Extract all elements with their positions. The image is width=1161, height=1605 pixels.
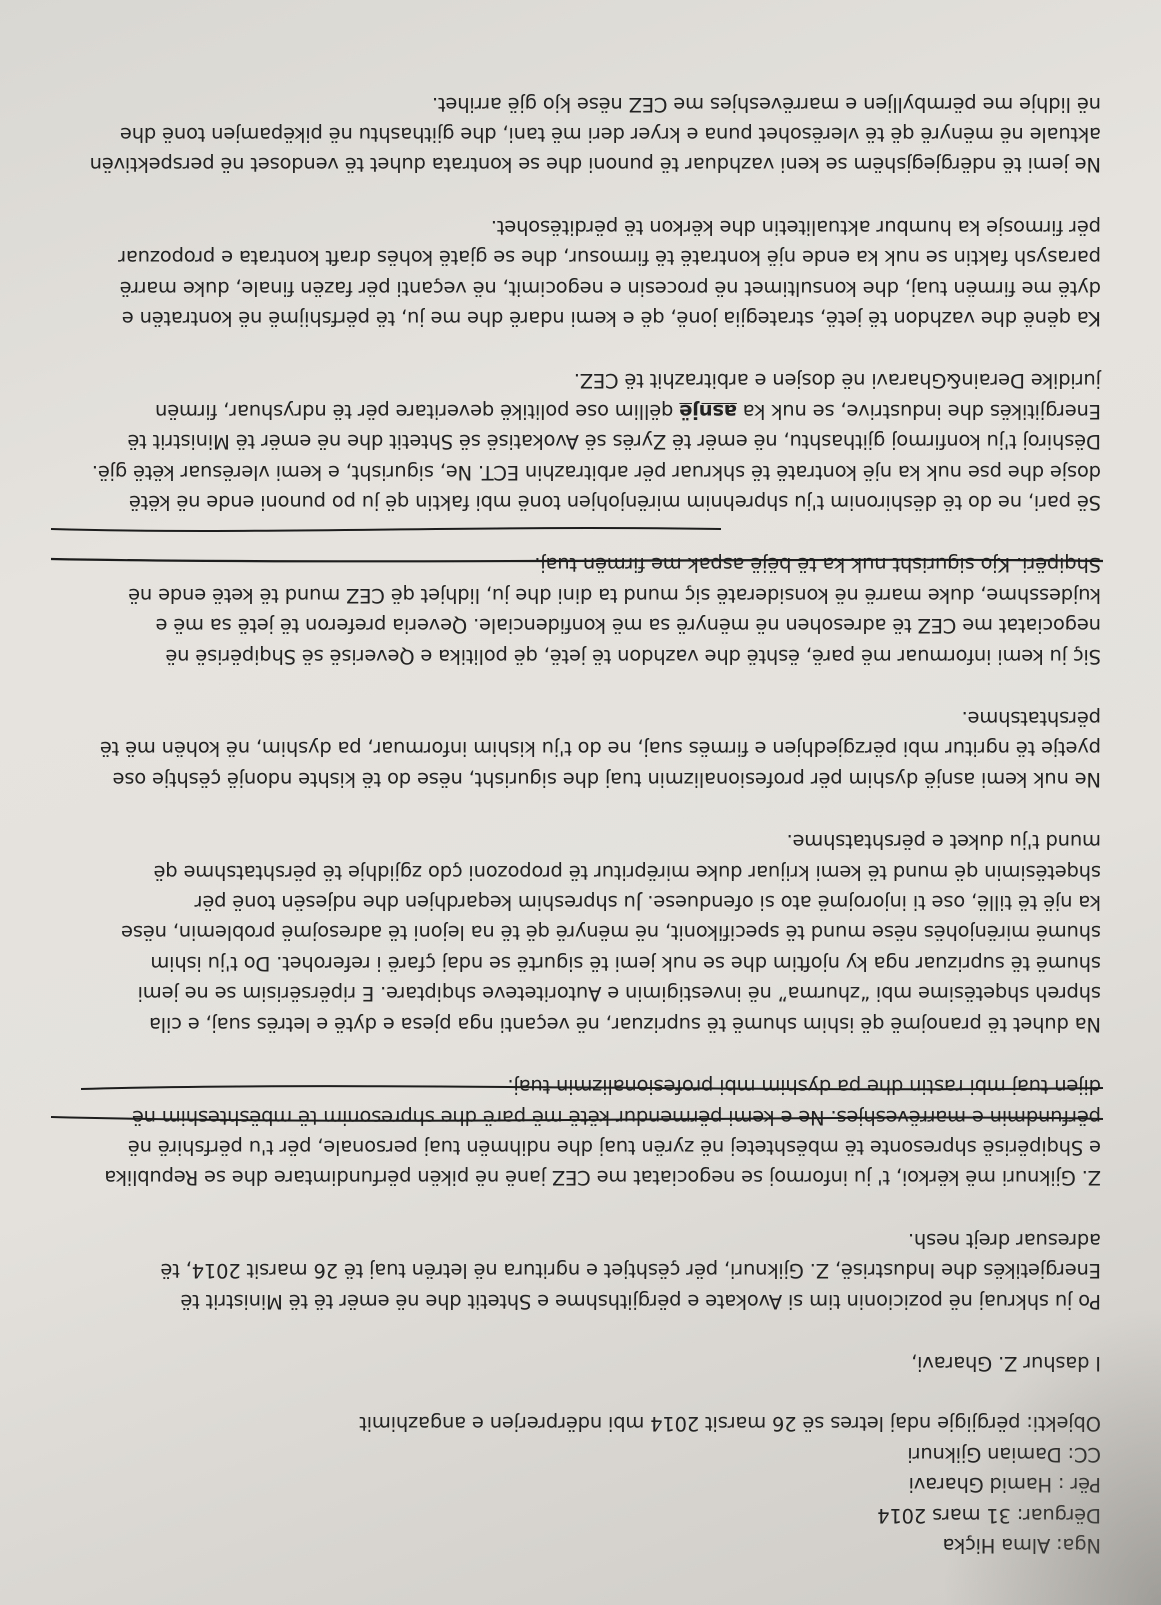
paragraph: Ne jemi të ndërgjegjshëm se keni vazhdua… (51, 88, 1101, 179)
text-line: Siç ju kemi informuar më parë, është dhe… (51, 640, 1101, 670)
text-line: Z. Gjiknuri më kërkoi, t' ju informoj se… (51, 1162, 1101, 1192)
text-line: mund t'ju duket e përshtatshme. (51, 826, 1101, 856)
text-line: Ne nuk kemi asnjë dyshim për profesional… (51, 763, 1101, 793)
text-line: shpreh shqetësime mbi “zhurma” në invest… (51, 978, 1101, 1008)
text-line: dytë me firmën tuaj, dhe konsultimet në … (51, 272, 1101, 302)
paragraph: Siç ju kemi informuar më parë, është dhe… (51, 549, 1101, 671)
emphasized-word: asnjë (679, 400, 737, 423)
letter-paragraphs: Po ju shkruaj në pozicionin tim si Avoka… (51, 88, 1101, 1315)
paragraph: Ne nuk kemi asnjë dyshim për profesional… (51, 703, 1101, 794)
text-line: Dëshiroj t'ju konfirmoj gjithashtu, në e… (51, 426, 1101, 456)
text-line: e Shqipërisë shpresonte të mbështetej në… (51, 1132, 1101, 1162)
text-line: përshtatshme. (51, 703, 1101, 733)
text-line: shqetësimin që mund të kemi krijuar duke… (51, 856, 1101, 886)
text-line: për firmosje ka humbur aktualitetin dhe … (51, 211, 1101, 241)
text-line: Së pari, ne do të dëshironim t'ju shpreh… (51, 487, 1101, 517)
text-line: kujdesshme, duke marrë në konsideratë si… (51, 579, 1101, 609)
text-line: dosje dhe pse nuk ka një kontratë të shk… (51, 456, 1101, 486)
text-line: aktuale në mënyrë që të vlerësohet puna … (51, 119, 1101, 149)
text-line: Energjetikës dhe Industrisë, Z. Gjiknuri… (51, 1255, 1101, 1285)
text-line: Ne jemi të ndërgjegjshëm se keni vazhdua… (51, 149, 1101, 179)
text-line: pyetje të ngritur mbi përzgjedhjen e fir… (51, 733, 1101, 763)
text-line: shumë të suprizuar nga ky njoftim dhe se… (51, 948, 1101, 978)
text-line: Shqipëri. Kjo sigurisht nuk ka të bëjë a… (51, 549, 1101, 579)
text-line: adresuar drejt nesh. (51, 1224, 1101, 1254)
text-line: parasysh faktin se nuk ka ende një kontr… (51, 242, 1101, 272)
text-line: në lidhje me përmbylljen e marrëveshjes … (51, 88, 1101, 118)
text-line: përfundmin e marrëveshjes. Ne e kemi për… (51, 1101, 1101, 1131)
text-line: dijen tuaj mbi rastin dhe pa dyshim mbi … (51, 1071, 1101, 1101)
paragraph: Po ju shkruaj në pozicionin tim si Avoka… (51, 1224, 1101, 1315)
text-line: Ka qënë dhe vazhdon të jetë, strategjia … (51, 303, 1101, 333)
paragraph: Z. Gjiknuri më kërkoi, t' ju informoj se… (51, 1071, 1101, 1193)
paragraph: Ka qënë dhe vazhdon të jetë, strategjia … (51, 211, 1101, 333)
text-line: Na duhet të pranojmë që ishim shumë të s… (51, 1008, 1101, 1038)
text-line: Energjitikës dhe industrive, se nuk ka a… (51, 395, 1101, 425)
paragraph: Së pari, ne do të dëshironim t'ju shpreh… (51, 365, 1101, 517)
text-line: ka një të tillë, ose ti injorojmë ato si… (51, 887, 1101, 917)
text-line: negociatat me CEZ të adresohen në mënyrë… (51, 610, 1101, 640)
text-line: juridike Derain&Gharavi në dosjen e arbi… (51, 365, 1101, 395)
text-line: shumë mirënjohës nëse mund të specifikon… (51, 917, 1101, 947)
photo-shadow (941, 1305, 1161, 1605)
paragraph: Na duhet të pranojmë që ishim shumë të s… (51, 826, 1101, 1039)
